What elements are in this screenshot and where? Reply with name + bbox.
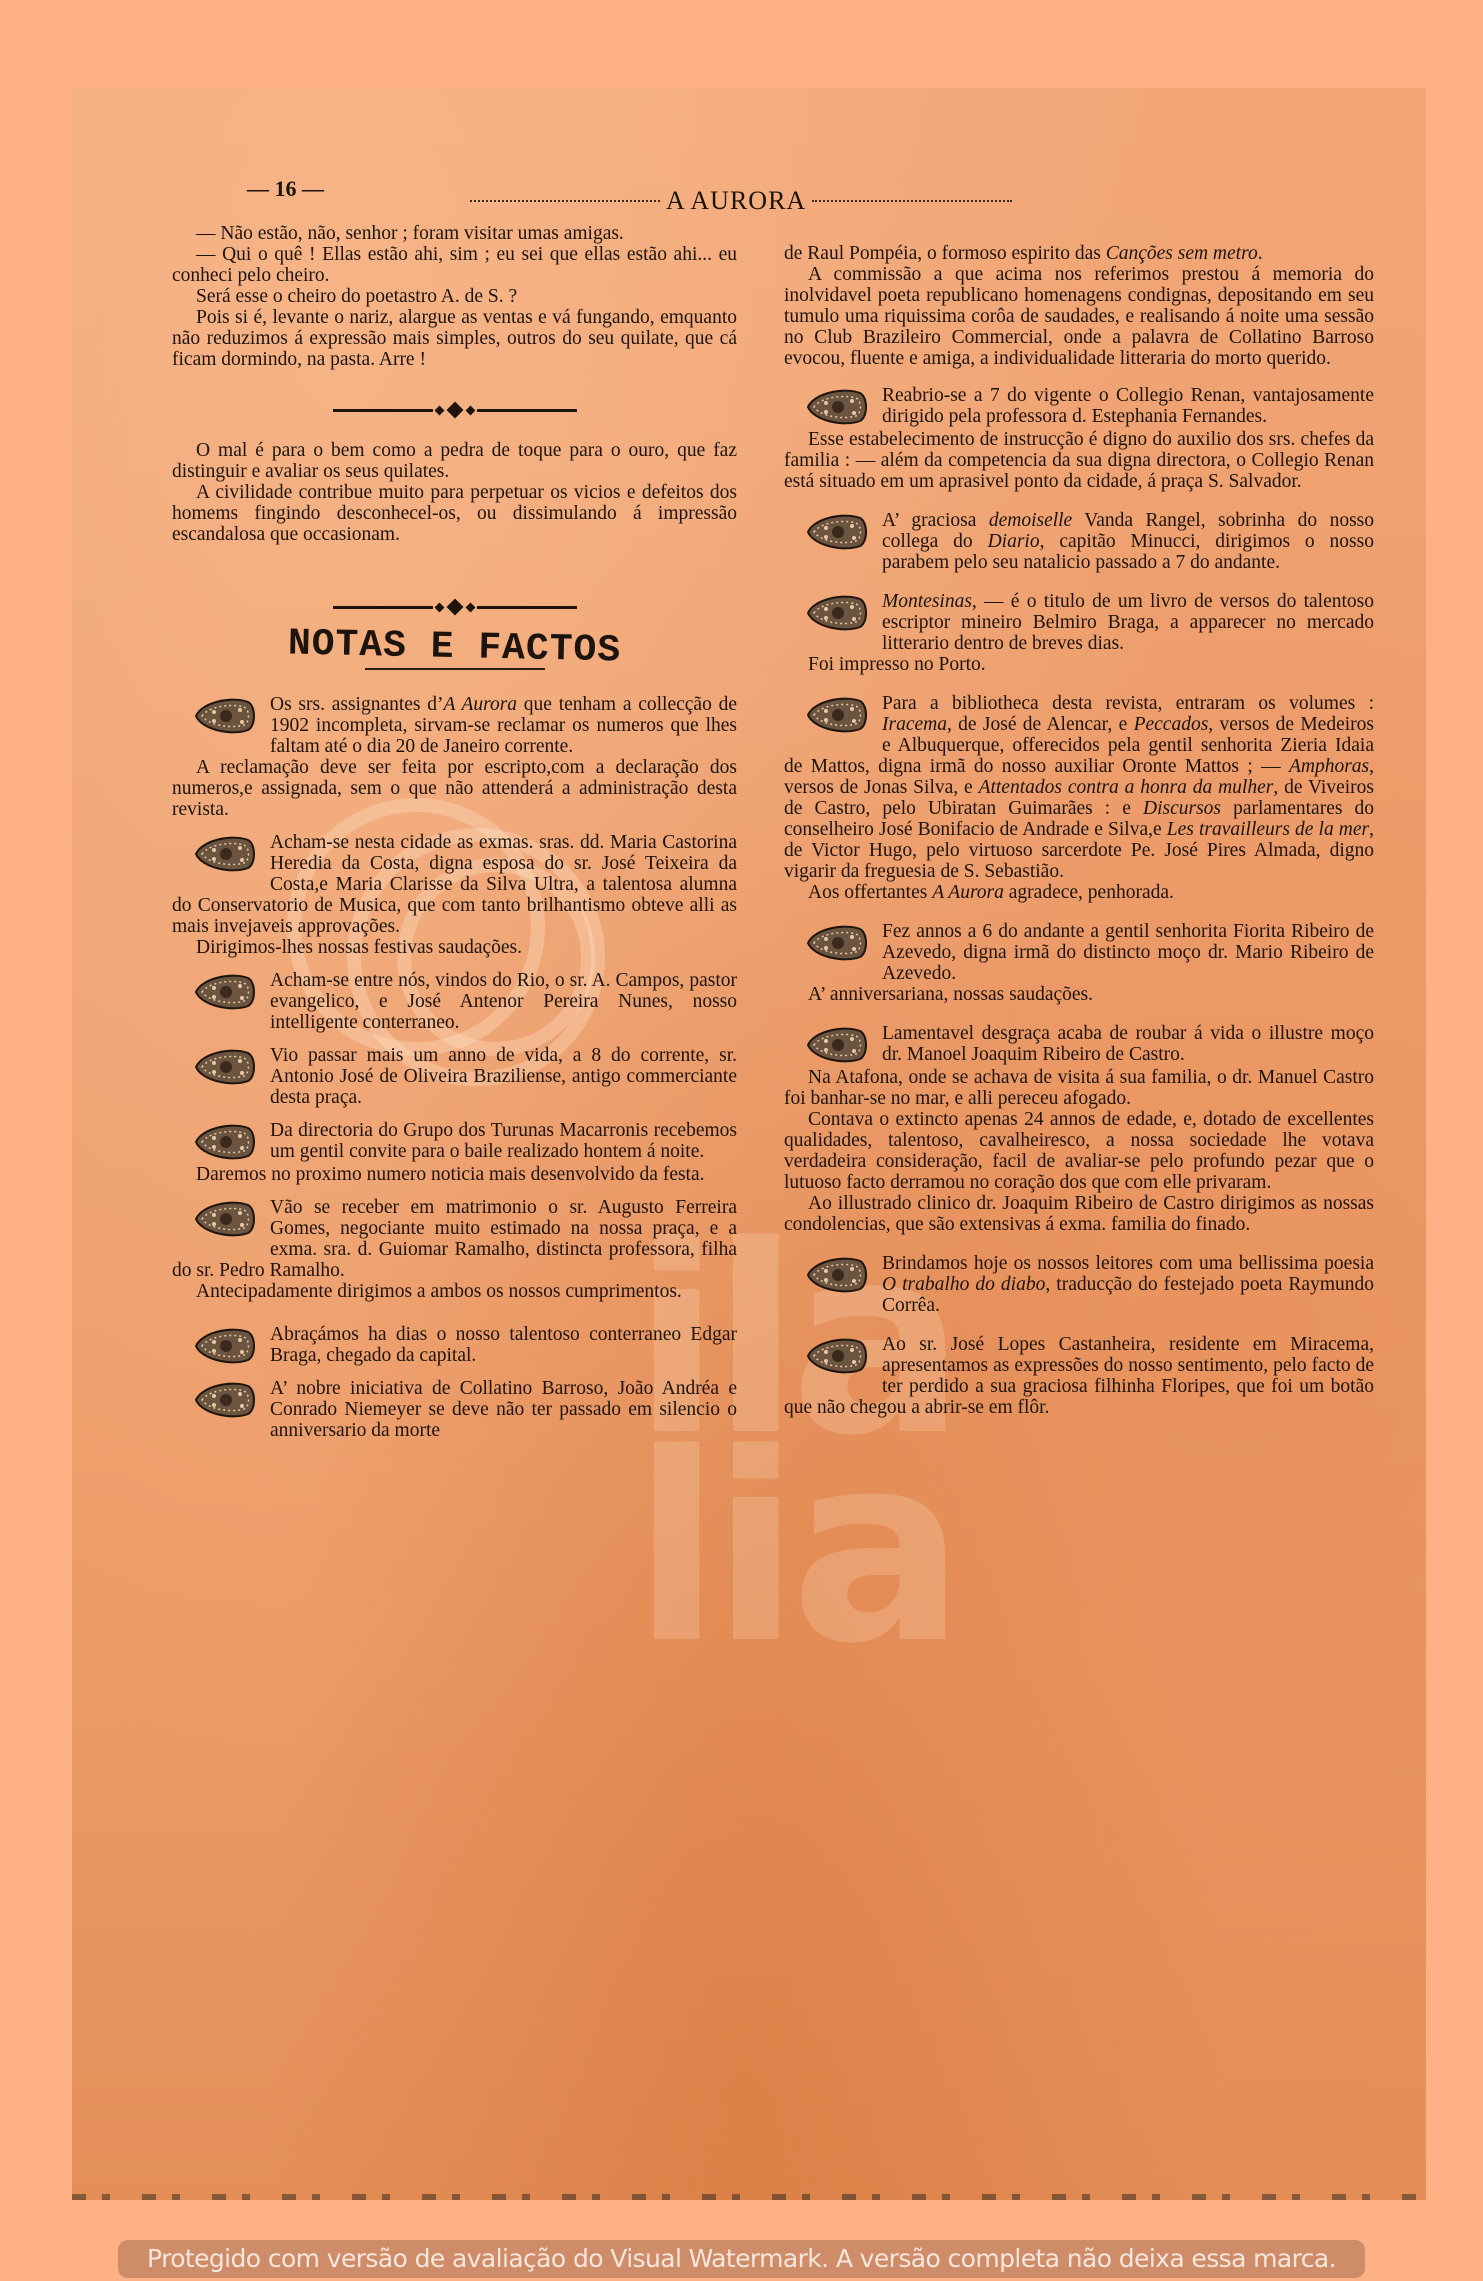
leaf-ornament-icon (804, 695, 868, 735)
paragraph: A commissão a que acima nos referimos pr… (784, 264, 1374, 369)
note-item: Abraçámos ha dias o nosso talentoso cont… (172, 1324, 737, 1366)
paragraph: Pois si é, levante o nariz, alargue as v… (172, 307, 737, 370)
note-followup: Esse estabelecimento de instrucção é dig… (784, 429, 1374, 492)
note-text: Vio passar mais um anno de vida, a 8 do … (172, 1045, 737, 1108)
notes-list-left: Os srs. assignantes d’A Aurora que tenha… (172, 694, 737, 1441)
page-number: — 16 — (247, 176, 324, 202)
leaf-ornament-icon (804, 1025, 868, 1065)
note-followup: Daremos no proximo numero noticia mais d… (172, 1164, 737, 1185)
note-text: A’ nobre iniciativa de Collatino Barroso… (172, 1378, 737, 1441)
left-column: — Não estão, não, senhor ; foram visitar… (172, 223, 737, 1453)
leaf-ornament-icon (804, 387, 868, 427)
paragraph: Será esse o cheiro do poetastro A. de S.… (172, 286, 737, 307)
leaf-ornament-icon (804, 1336, 868, 1376)
right-column: de Raul Pompéia, o formoso espirito das … (784, 243, 1374, 1430)
leaf-ornament-icon (192, 834, 256, 874)
note-item: Ao sr. José Lopes Castanheira, residente… (784, 1334, 1374, 1418)
masthead-rule-left (470, 200, 660, 202)
note-text: A’ graciosa demoiselle Vanda Rangel, sob… (784, 510, 1374, 573)
note-followup: A reclamação deve ser feita por escripto… (172, 757, 737, 820)
note-text: Vão se receber em matrimonio o sr. Augus… (172, 1197, 737, 1281)
note-followup: Dirigimos-lhes nossas festivas saudações… (172, 937, 737, 958)
leaf-ornament-icon (804, 923, 868, 963)
leaf-ornament-icon (192, 1199, 256, 1239)
maxims: O mal é para o bem como a pedra de toque… (172, 440, 737, 545)
section-title: NOTAS E FACTOS (172, 631, 737, 664)
note-text: Para a bibliotheca desta revista, entrar… (784, 693, 1374, 882)
page-bottom-edge (72, 2194, 1426, 2200)
masthead-rule-right (812, 200, 1012, 202)
leaf-ornament-icon (192, 1326, 256, 1366)
note-text: Lamentavel desgraça acaba de roubar á vi… (784, 1023, 1374, 1065)
note-followup: Ao illustrado clinico dr. Joaquim Ribeir… (784, 1193, 1374, 1235)
leaf-ornament-icon (804, 1025, 868, 1065)
leaf-ornament-icon (192, 696, 256, 736)
leaf-ornament-icon (804, 1255, 868, 1295)
note-followup: Aos offertantes A Aurora agradece, penho… (784, 882, 1374, 903)
note-item: Vio passar mais um anno de vida, a 8 do … (172, 1045, 737, 1108)
note-text: Ao sr. José Lopes Castanheira, residente… (784, 1334, 1374, 1418)
note-text: Montesinas, — é o titulo de um livro de … (784, 591, 1374, 654)
leaf-ornament-icon (192, 1199, 256, 1239)
paragraph: — Qui o quê ! Ellas estão ahi, sim ; eu … (172, 244, 737, 286)
note-item: Acham-se entre nós, vindos do Rio, o sr.… (172, 970, 737, 1033)
note-item: Vão se receber em matrimonio o sr. Augus… (172, 1197, 737, 1302)
note-text: Acham-se nesta cidade as exmas. sras. dd… (172, 832, 737, 937)
note-item: Reabrio-se a 7 do vigente o Collegio Ren… (784, 385, 1374, 492)
note-item: Para a bibliotheca desta revista, entrar… (784, 693, 1374, 903)
masthead: A AURORA (470, 186, 1012, 216)
leaf-ornament-icon (804, 1336, 868, 1376)
leaf-ornament-icon (192, 696, 256, 736)
separator-ornament (172, 404, 737, 416)
note-item: Montesinas, — é o titulo de um livro de … (784, 591, 1374, 675)
leaf-ornament-icon (804, 387, 868, 427)
note-text: Brindamos hoje os nossos leitores com um… (784, 1253, 1374, 1316)
masthead-title: A AURORA (666, 186, 806, 216)
maxim: A civilidade contribue muito para perpet… (172, 482, 737, 545)
watermark-banner: Protegido com versão de avaliação do Vis… (118, 2240, 1365, 2278)
page-header: — 16 — A AURORA (72, 174, 1426, 214)
note-item: A’ graciosa demoiselle Vanda Rangel, sob… (784, 510, 1374, 573)
note-followup: Antecipadamente dirigimos a ambos os nos… (172, 1281, 737, 1302)
note-text: Acham-se entre nós, vindos do Rio, o sr.… (172, 970, 737, 1033)
note-item: Fez annos a 6 do andante a gentil senhor… (784, 921, 1374, 1005)
note-text: Os srs. assignantes d’A Aurora que tenha… (172, 694, 737, 757)
leaf-ornament-icon (192, 1122, 256, 1162)
leaf-ornament-icon (804, 1255, 868, 1295)
note-text: Reabrio-se a 7 do vigente o Collegio Ren… (784, 385, 1374, 427)
note-item: Da directoria do Grupo dos Turunas Macar… (172, 1120, 737, 1185)
note-followup: Contava o extincto apenas 24 annos de ed… (784, 1109, 1374, 1193)
note-followup: Na Atafona, onde se achava de visita á s… (784, 1067, 1374, 1109)
leaf-ornament-icon (192, 1380, 256, 1420)
scanned-newspaper-page: ilalia — 16 — A AURORA — Não estão, não,… (72, 88, 1426, 2200)
leaf-ornament-icon (192, 1380, 256, 1420)
notes-list-right: Reabrio-se a 7 do vigente o Collegio Ren… (784, 385, 1374, 1418)
leaf-ornament-icon (804, 593, 868, 633)
leaf-ornament-icon (804, 923, 868, 963)
maxim: O mal é para o bem como a pedra de toque… (172, 440, 737, 482)
leaf-ornament-icon (192, 1122, 256, 1162)
leaf-ornament-icon (804, 593, 868, 633)
note-item: Os srs. assignantes d’A Aurora que tenha… (172, 694, 737, 820)
leaf-ornament-icon (192, 834, 256, 874)
note-item: Acham-se nesta cidade as exmas. sras. dd… (172, 832, 737, 958)
leaf-ornament-icon (192, 972, 256, 1012)
note-text: Fez annos a 6 do andante a gentil senhor… (784, 921, 1374, 984)
leaf-ornament-icon (804, 512, 868, 552)
leaf-ornament-icon (804, 512, 868, 552)
leaf-ornament-icon (192, 1047, 256, 1087)
note-text: Da directoria do Grupo dos Turunas Macar… (172, 1120, 737, 1162)
note-item: Brindamos hoje os nossos leitores com um… (784, 1253, 1374, 1316)
note-followup: A’ anniversariana, nossas saudações. (784, 984, 1374, 1005)
opening-dialogue: — Não estão, não, senhor ; foram visitar… (172, 223, 737, 370)
leaf-ornament-icon (192, 1047, 256, 1087)
note-text: Abraçámos ha dias o nosso talentoso cont… (172, 1324, 737, 1366)
continuation-paragraph: de Raul Pompéia, o formoso espirito das … (784, 243, 1374, 264)
separator-ornament (172, 601, 737, 613)
note-item: A’ nobre iniciativa de Collatino Barroso… (172, 1378, 737, 1441)
paragraph: — Não estão, não, senhor ; foram visitar… (172, 223, 737, 244)
note-item: Lamentavel desgraça acaba de roubar á vi… (784, 1023, 1374, 1235)
leaf-ornament-icon (192, 1326, 256, 1366)
note-followup: Foi impresso no Porto. (784, 654, 1374, 675)
leaf-ornament-icon (192, 972, 256, 1012)
leaf-ornament-icon (804, 695, 868, 735)
